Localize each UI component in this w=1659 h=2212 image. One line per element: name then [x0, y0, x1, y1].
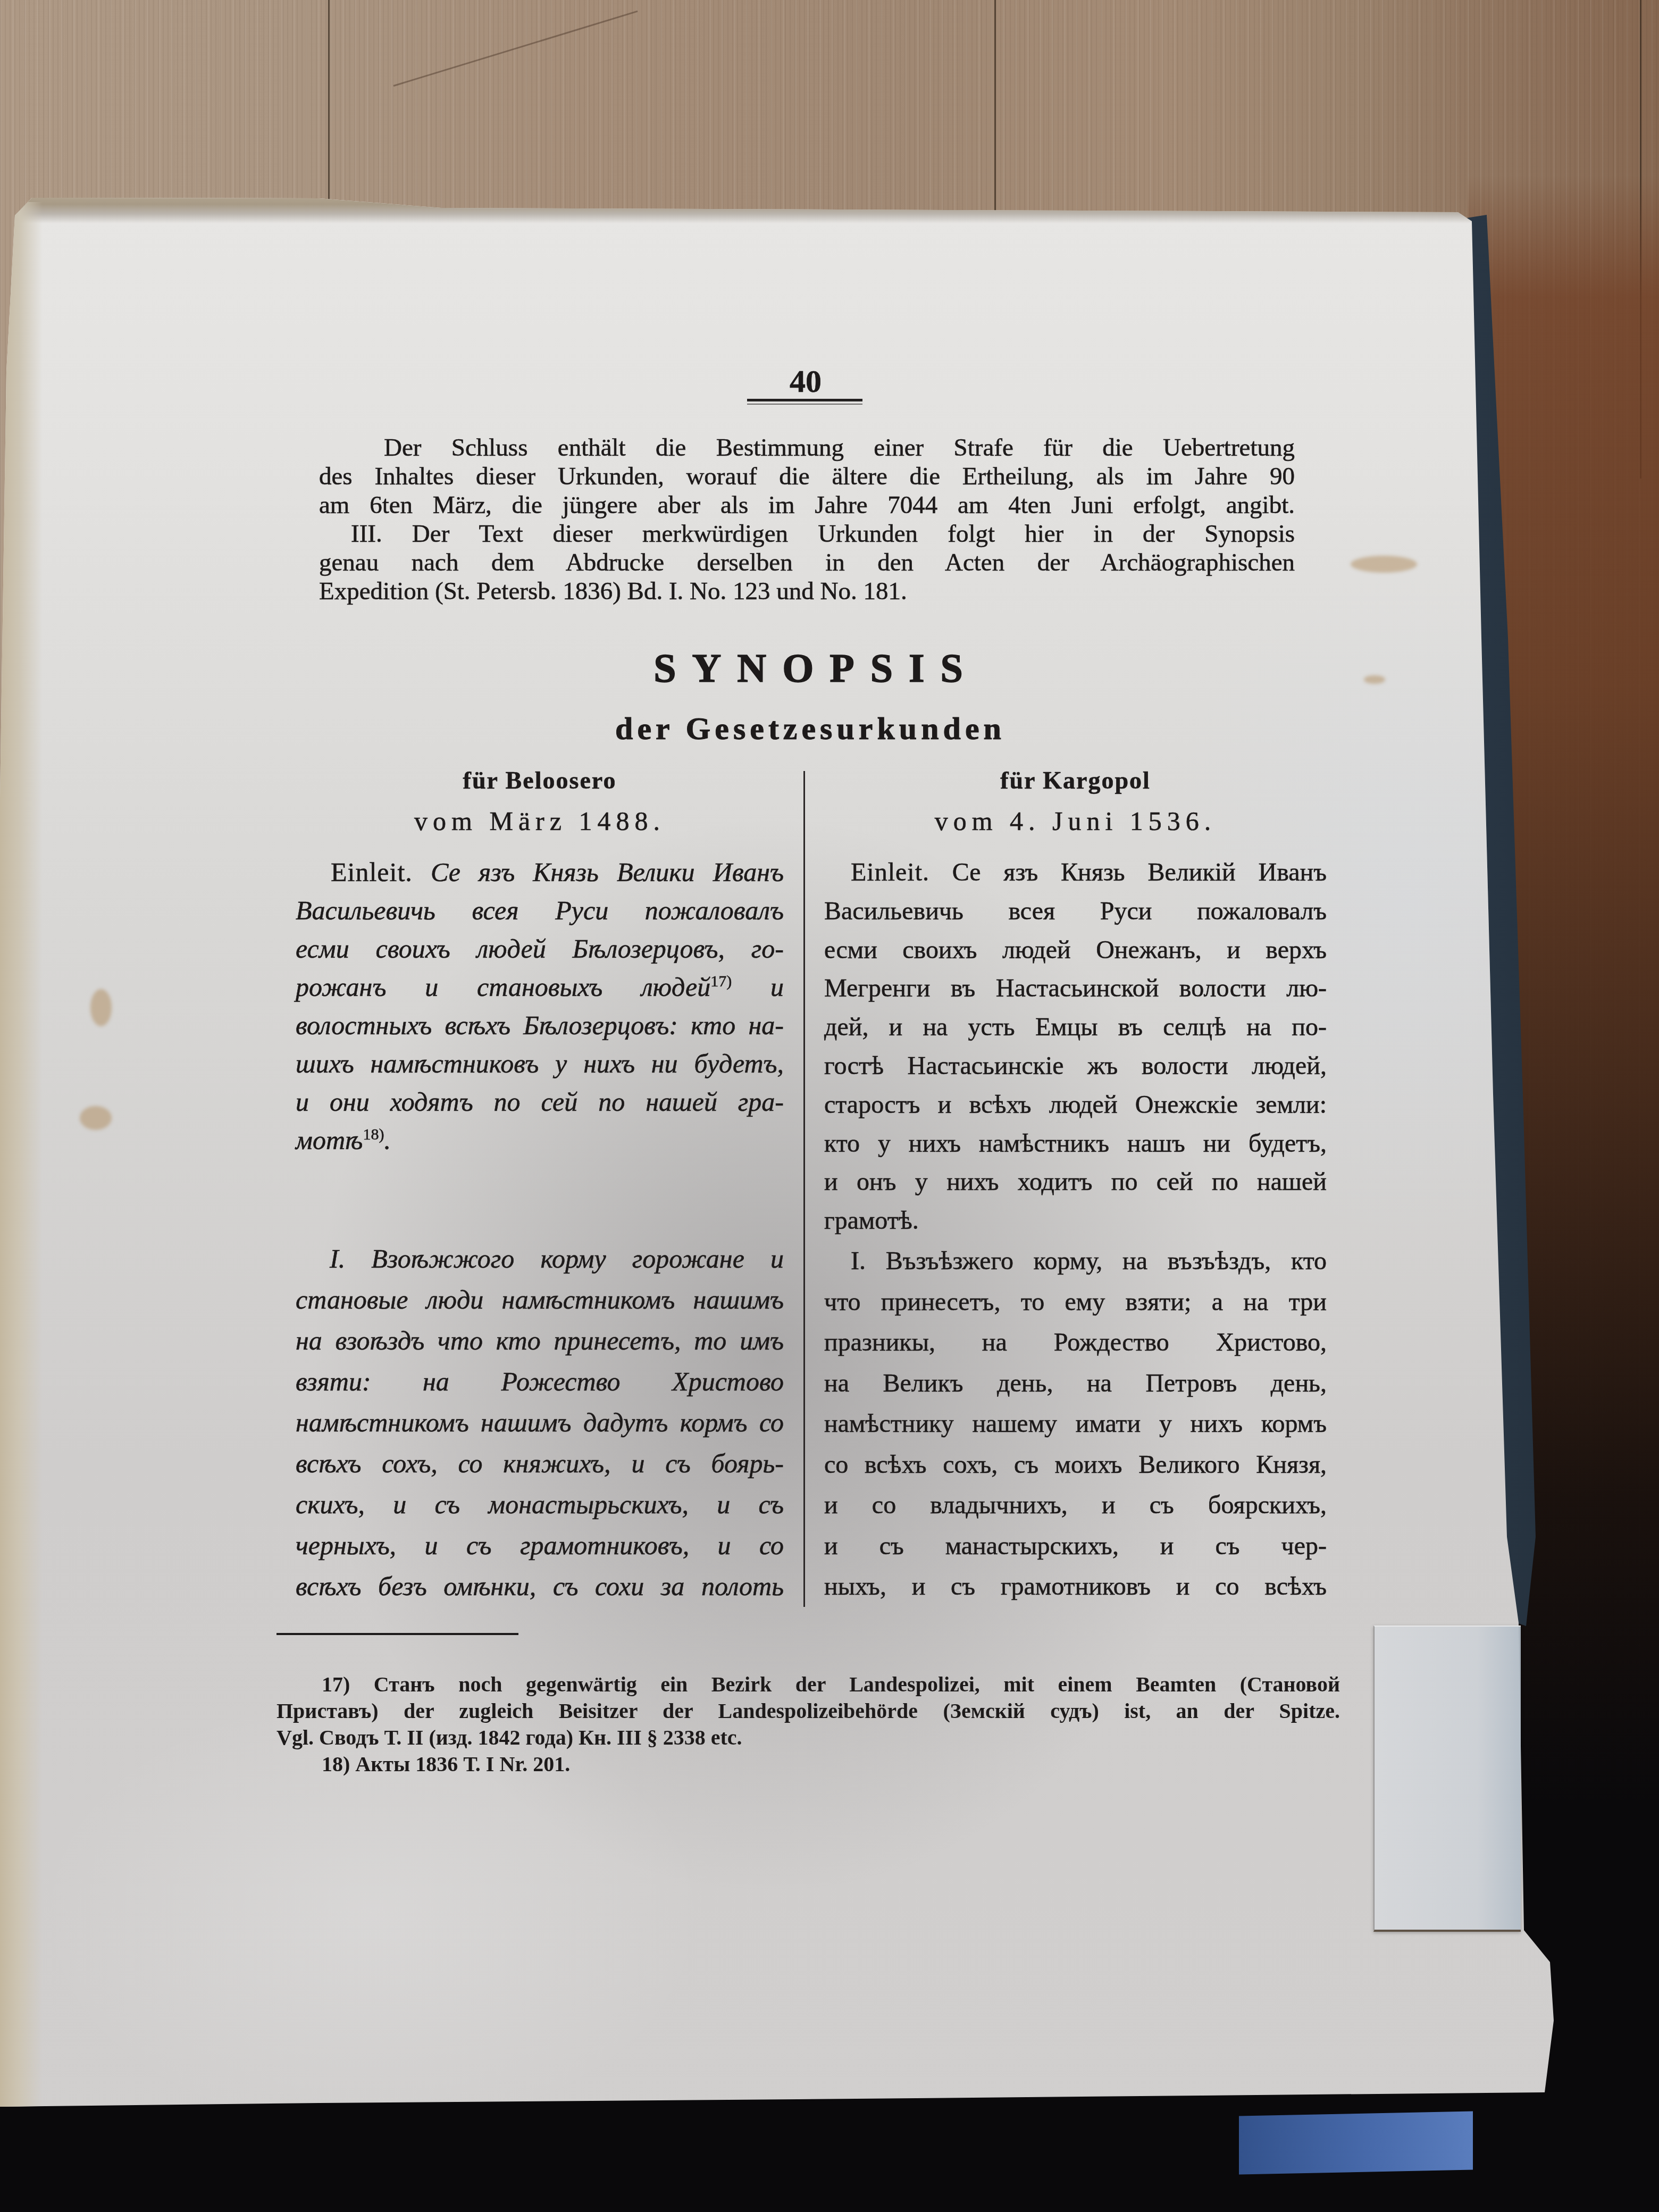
text-line: празникы, на Рождество Христово,: [824, 1322, 1327, 1363]
text-segment: рожанъ и становыхъ людей: [296, 972, 710, 1002]
text-line: есми своихъ людей Бѣлозерцовъ, го-: [296, 929, 784, 968]
text-line: становые люди намѣстникомъ нашимъ: [296, 1279, 784, 1320]
foxing-stain: [1351, 556, 1417, 573]
column-heading-beloosero: für Beloosero vom März 1488.: [296, 767, 784, 835]
left-column-section-1: I. Взоѣжжого корму горожане и становые л…: [296, 1238, 784, 1607]
column-date: vom 4. Juni 1536.: [824, 807, 1327, 835]
text-line: Einleit. Се язъ Князь Великій Иванъ: [824, 853, 1327, 892]
text-line: черныхъ, и съ грамотниковъ, и со: [296, 1525, 784, 1566]
intro-line: genau nach dem Abdrucke derselben in den…: [319, 548, 1295, 577]
column-date: vom März 1488.: [296, 807, 784, 835]
text-segment: мотѣ: [296, 1125, 363, 1155]
foxing-stain: [90, 989, 112, 1026]
footnote-17: 17) Станъ noch gegenwärtig ein Bezirk de…: [276, 1671, 1340, 1698]
footnote-text: Акты 1836 Т. I Nr. 201.: [355, 1752, 570, 1776]
tape-piece: [1373, 1626, 1521, 1932]
text-line: грамотѣ.: [824, 1202, 1327, 1241]
footnote-marker: 17): [322, 1672, 350, 1696]
footnote-marker: 18): [322, 1752, 350, 1776]
document-subtitle: der Gesetzesurkunden: [542, 711, 1074, 745]
text-line: всѣхъ безъ омѣнки, съ сохи за полоть: [296, 1566, 784, 1607]
text-line: Васильевичь всея Руси пожаловалъ: [296, 891, 784, 929]
intro-paragraph: Der Schluss enthält die Bestimmung einer…: [319, 433, 1295, 606]
column-divider: [803, 771, 805, 1607]
column-place: für Beloosero: [296, 767, 784, 794]
wood-plank-seam: [994, 0, 996, 213]
text-segment: .: [384, 1125, 391, 1155]
intro-line: Expedition (St. Petersb. 1836) Bd. I. No…: [319, 577, 1295, 606]
footnote-17-reference: Vgl. Сводъ Т. II (изд. 1842 года) Кн. II…: [276, 1724, 1340, 1751]
text-line: кто у нихъ намѣстникъ нашъ ни будетъ,: [824, 1125, 1327, 1163]
foxing-stain: [80, 1106, 112, 1130]
page-left-edge: [0, 202, 43, 2116]
text-line: и онъ у нихъ ходитъ по сей по нашей: [824, 1163, 1327, 1202]
text-line: рожанъ и становыхъ людей17) и: [296, 968, 784, 1006]
intro-line: III. Der Text dieser merkwürdigen Urkund…: [319, 520, 1295, 548]
text-line: со всѣхъ сохъ, съ моихъ Великого Князя,: [824, 1445, 1327, 1486]
page-number: 40: [766, 365, 845, 397]
text-segment: Се язъ Князь Велики Иванъ: [431, 857, 784, 887]
text-segment: и: [732, 972, 784, 1002]
text-line: что принесетъ, то ему взяти; а на три: [824, 1282, 1327, 1323]
intro-line: des Inhaltes dieser Urkunden, worauf die…: [319, 462, 1295, 491]
text-line: дей, и на усть Емцы въ селцѣ на по-: [824, 1008, 1327, 1047]
text-line: шихъ намѣстниковъ у нихъ ни будетъ,: [296, 1044, 784, 1083]
text-line: старостъ и всѣхъ людей Онежскіе земли:: [824, 1086, 1327, 1125]
text-line: Einleit. Се язъ Князь Велики Иванъ: [296, 853, 784, 891]
right-column-einleitung: Einleit. Се язъ Князь Великій Иванъ Васи…: [824, 853, 1327, 1241]
einleitung-label: Einleit.: [851, 858, 929, 886]
text-segment: Се язъ Князь Великій Иванъ: [952, 858, 1327, 886]
column-place: für Kargopol: [824, 767, 1327, 794]
page-number-rule: [747, 399, 862, 405]
footnote-text: Станъ noch gegenwärtig ein Bezirk der La…: [374, 1672, 1340, 1696]
footnote-ref-17: 17): [710, 973, 732, 990]
left-column-einleitung: Einleit. Се язъ Князь Велики Иванъ Васил…: [296, 853, 784, 1159]
right-column-section-1: I. Възъѣзжего корму, на възъѣздъ, кто чт…: [824, 1241, 1327, 1607]
text-line: Васильевичь всея Руси пожаловалъ: [824, 892, 1327, 931]
footnotes: 17) Станъ noch gegenwärtig ein Bezirk de…: [276, 1671, 1340, 1778]
footnote-18: 18) Акты 1836 Т. I Nr. 201.: [276, 1751, 1340, 1778]
text-line: взяти: на Рожество Христово: [296, 1361, 784, 1402]
einleitung-label: Einleit.: [331, 857, 413, 887]
footnote-17-continued: Приставъ) der zugleich Beisitzer der Lan…: [276, 1698, 1340, 1724]
text-line: скихъ, и съ монастырьскихъ, и съ: [296, 1484, 784, 1525]
text-line: и со владычнихъ, и съ боярскихъ,: [824, 1485, 1327, 1526]
text-line: Мегренги въ Настасьинской волости лю-: [824, 969, 1327, 1008]
text-line: ныхъ, и съ грамотниковъ и со всѣхъ: [824, 1566, 1327, 1607]
text-line: мотѣ18).: [296, 1121, 784, 1159]
document-title: SYNOPSIS: [542, 647, 1074, 690]
wood-plank-seam: [328, 0, 330, 202]
column-heading-kargopol: für Kargopol vom 4. Juni 1536.: [824, 767, 1327, 835]
text-line: гостѣ Настасьинскіе жъ волости людей,: [824, 1047, 1327, 1086]
text-line: I. Взоѣжжого корму горожане и: [296, 1238, 784, 1279]
footnote-rule: [276, 1633, 518, 1635]
text-line: I. Възъѣзжего корму, на възъѣздъ, кто: [824, 1241, 1327, 1282]
text-line: на Великъ день, на Петровъ день,: [824, 1363, 1327, 1404]
intro-line: am 6ten März, die jüngere aber als im Ja…: [319, 491, 1295, 520]
text-line: на взоѣздъ что кто принесетъ, то имъ: [296, 1320, 784, 1361]
text-line: и они ходятъ по сей по нашей гра-: [296, 1083, 784, 1121]
footnote-ref-18: 18): [363, 1126, 384, 1143]
text-line: намѣстнику нашему имати у нихъ кормъ: [824, 1404, 1327, 1445]
intro-line: Der Schluss enthält die Bestimmung einer…: [319, 433, 1295, 462]
text-line: и съ манастырскихъ, и съ чер-: [824, 1526, 1327, 1567]
text-line: есми своихъ людей Онежанъ, и верхъ: [824, 931, 1327, 970]
text-line: намѣстникомъ нашимъ дадутъ кормъ со: [296, 1402, 784, 1443]
text-line: волостныхъ всѣхъ Бѣлозерцовъ: кто на-: [296, 1006, 784, 1044]
foxing-stain: [1364, 675, 1385, 684]
blue-object: [1239, 2111, 1473, 2174]
text-line: всѣхъ сохъ, со княжихъ, и съ боярь-: [296, 1443, 784, 1484]
